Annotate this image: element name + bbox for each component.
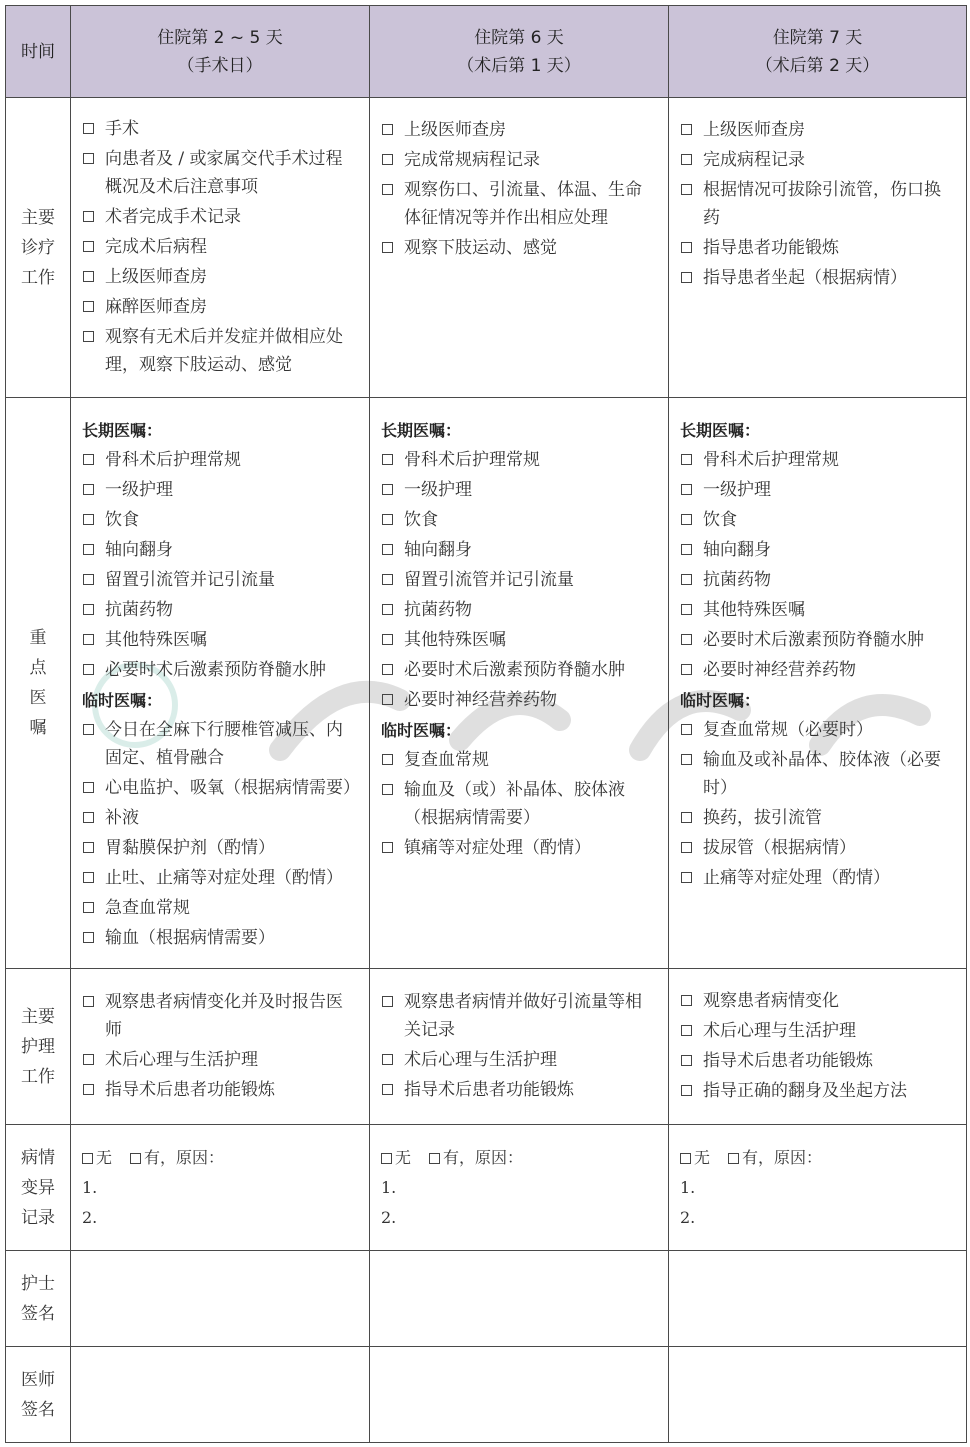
checkbox-icon[interactable] (83, 996, 94, 1007)
variance-none-checkbox[interactable]: 无 (381, 1143, 411, 1173)
checkbox-icon[interactable] (83, 271, 94, 282)
checklist-item[interactable]: 骨科术后护理常规 (381, 446, 658, 474)
checklist-item-label: 麻醉医师查房 (105, 297, 207, 317)
checklist-item-label: 留置引流管并记引流量 (404, 570, 574, 590)
long-term-orders-heading: 长期医嘱： (381, 416, 658, 446)
checklist-item[interactable]: 复查血常规（必要时） (680, 716, 956, 744)
long-term-orders-heading: 长期医嘱： (82, 416, 359, 446)
checkbox-icon[interactable] (382, 514, 393, 525)
checkbox-icon[interactable] (83, 812, 94, 823)
checklist-item[interactable]: 补液 (82, 804, 359, 832)
row-label-key-orders: 重点医嘱 (6, 398, 71, 969)
checklist-item-label: 必要时术后激素预防脊髓水肿 (703, 630, 924, 650)
time-header: 时间 (6, 6, 71, 98)
checklist-item[interactable]: 完成术后病程 (82, 233, 359, 261)
doctor-signature-field-day2-5[interactable] (71, 1347, 370, 1443)
checkbox-icon[interactable] (681, 754, 692, 765)
checklist-item-label: 指导术后患者功能锻炼 (703, 1051, 873, 1071)
checklist-item[interactable]: 其他特殊医嘱 (381, 626, 658, 654)
checklist-item[interactable]: 观察有无术后并发症并做相应处理，观察下肢运动、感觉 (82, 323, 359, 379)
checklist-item-label: 必要时术后激素预防脊髓水肿 (404, 660, 625, 680)
checklist-item[interactable]: 急查血常规 (82, 894, 359, 922)
checklist-item[interactable]: 复查血常规 (381, 746, 658, 774)
column-header-day6: 住院第 6 天（术后第 1 天） (370, 6, 669, 98)
checklist-item-label: 完成术后病程 (105, 237, 207, 257)
checkbox-icon[interactable] (382, 124, 393, 135)
checklist-item-label: 术后心理与生活护理 (105, 1050, 258, 1070)
checkbox-icon[interactable] (681, 124, 692, 135)
checklist-item-label: 轴向翻身 (404, 540, 472, 560)
checklist-item-label: 输血及或补晶体、胶体液（必要时） (703, 750, 941, 798)
checklist-item-label: 抗菌药物 (404, 600, 472, 620)
checkbox-icon[interactable] (83, 724, 94, 735)
checklist-item-label: 胃黏膜保护剂（酌情） (105, 838, 275, 858)
checkbox-icon[interactable] (681, 272, 692, 283)
checklist-item[interactable]: 饮食 (82, 506, 359, 534)
doctor-signature-row: 医师签名 (6, 1347, 967, 1443)
checklist-item-label: 根据情况可拔除引流管，伤口换药 (703, 180, 941, 228)
checkbox-icon[interactable] (382, 996, 393, 1007)
checkbox-icon[interactable] (83, 454, 94, 465)
checklist-item-label: 饮食 (703, 510, 737, 530)
checklist: 复查血常规输血及（或）补晶体、胶体液（根据病情需要）镇痛等对症处理（酌情） (381, 746, 658, 862)
checklist-item[interactable]: 止吐、止痛等对症处理（酌情） (82, 864, 359, 892)
variance-reason-1[interactable]: 1. (381, 1173, 658, 1203)
checklist-item-label: 换药，拔引流管 (703, 808, 822, 828)
checklist-item[interactable]: 指导术后患者功能锻炼 (82, 1076, 359, 1104)
checklist-item[interactable]: 上级医师查房 (381, 116, 658, 144)
checklist-item[interactable]: 换药，拔引流管 (680, 804, 956, 832)
variance-yes-checkbox[interactable]: 有，原因： (130, 1143, 224, 1173)
checkbox-icon[interactable] (83, 932, 94, 943)
checkbox-icon[interactable] (681, 1055, 692, 1066)
column-header-day7: 住院第 7 天（术后第 2 天） (669, 6, 967, 98)
checklist-item[interactable]: 上级医师查房 (82, 263, 359, 291)
checklist-item-label: 留置引流管并记引流量 (105, 570, 275, 590)
checklist-item[interactable]: 指导患者坐起（根据病情） (680, 264, 956, 292)
checklist-item[interactable]: 轴向翻身 (381, 536, 658, 564)
checkbox-icon[interactable] (83, 634, 94, 645)
checkbox-icon[interactable] (681, 514, 692, 525)
checklist: 骨科术后护理常规一级护理饮食轴向翻身留置引流管并记引流量抗菌药物其他特殊医嘱必要… (82, 446, 359, 684)
checklist-item-label: 必要时术后激素预防脊髓水肿 (105, 660, 326, 680)
checklist-item[interactable]: 骨科术后护理常规 (82, 446, 359, 474)
checkbox-icon[interactable] (83, 664, 94, 675)
key-orders-row: 重点医嘱 长期医嘱： 骨科术后护理常规一级护理饮食轴向翻身留置引流管并记引流量抗… (6, 398, 967, 969)
checklist-item-label: 向患者及 / 或家属交代手术过程概况及术后注意事项 (105, 149, 343, 197)
nurse-signature-field-day6[interactable] (370, 1251, 669, 1347)
nurse-signature-row: 护士签名 (6, 1251, 967, 1347)
variance-reason-2[interactable]: 2. (680, 1203, 956, 1233)
checklist-item[interactable]: 观察患者病情并做好引流量等相关记录 (381, 988, 658, 1044)
checkbox-icon[interactable] (681, 634, 692, 645)
checkbox-icon[interactable] (382, 842, 393, 853)
checkbox-icon[interactable] (382, 634, 393, 645)
checkbox-icon[interactable] (83, 484, 94, 495)
checklist-item[interactable]: 今日在全麻下行腰椎管减压、内固定、植骨融合 (82, 716, 359, 772)
checklist-item[interactable]: 指导患者功能锻炼 (680, 234, 956, 262)
checkbox-icon[interactable] (382, 664, 393, 675)
checkbox-icon[interactable] (83, 902, 94, 913)
variance-cell-day2-5: 无有，原因： 1. 2. (71, 1125, 370, 1251)
checklist-item[interactable]: 留置引流管并记引流量 (82, 566, 359, 594)
checklist-item-label: 指导术后患者功能锻炼 (105, 1080, 275, 1100)
checkbox-icon[interactable] (83, 153, 94, 164)
checklist-item-label: 骨科术后护理常规 (404, 450, 540, 470)
checkbox-icon[interactable] (83, 1084, 94, 1095)
row-label-nursing-work: 主要护理工作 (6, 969, 71, 1125)
checklist: 上级医师查房完成常规病程记录观察伤口、引流量、体温、生命体征情况等并作出相应处理… (381, 116, 658, 262)
checklist-item-label: 止痛等对症处理（酌情） (703, 868, 890, 888)
checklist: 骨科术后护理常规一级护理饮食轴向翻身留置引流管并记引流量抗菌药物其他特殊医嘱必要… (381, 446, 658, 714)
checklist-item-label: 骨科术后护理常规 (105, 450, 241, 470)
checkbox-icon[interactable] (382, 1084, 393, 1095)
checklist-item[interactable]: 麻醉医师查房 (82, 293, 359, 321)
checkbox-icon[interactable] (681, 995, 692, 1006)
checklist: 观察患者病情变化并及时报告医师术后心理与生活护理指导术后患者功能锻炼 (82, 988, 359, 1104)
checklist-item[interactable]: 完成病程记录 (680, 146, 956, 174)
checklist-item[interactable]: 根据情况可拔除引流管，伤口换药 (680, 176, 956, 232)
checkbox-icon[interactable] (382, 784, 393, 795)
variance-none-checkbox[interactable]: 无 (82, 1143, 112, 1173)
checkbox-icon[interactable] (382, 604, 393, 615)
checklist-item-label: 指导正确的翻身及坐起方法 (703, 1081, 907, 1101)
checkbox-icon[interactable] (83, 211, 94, 222)
checkbox-icon[interactable] (83, 301, 94, 312)
checklist-item[interactable]: 完成常规病程记录 (381, 146, 658, 174)
checklist-item[interactable]: 手术 (82, 115, 359, 143)
checklist-item[interactable]: 一级护理 (82, 476, 359, 504)
variance-none-checkbox[interactable]: 无 (680, 1143, 710, 1173)
checklist-item[interactable]: 抗菌药物 (680, 566, 956, 594)
checklist-item-label: 补液 (105, 808, 139, 828)
checklist-item[interactable]: 饮食 (680, 506, 956, 534)
checkbox-icon[interactable] (681, 454, 692, 465)
checklist: 观察患者病情变化术后心理与生活护理指导术后患者功能锻炼指导正确的翻身及坐起方法 (680, 987, 956, 1105)
checklist-item-label: 必要时神经营养药物 (404, 690, 557, 710)
checklist-item-label: 心电监护、吸氧（根据病情需要） (105, 778, 360, 798)
checklist-item[interactable]: 其他特殊医嘱 (680, 596, 956, 624)
checklist-item[interactable]: 上级医师查房 (680, 116, 956, 144)
checklist-item[interactable]: 必要时神经营养药物 (680, 656, 956, 684)
checklist-item[interactable]: 镇痛等对症处理（酌情） (381, 834, 658, 862)
variance-yes-checkbox[interactable]: 有，原因： (728, 1143, 822, 1173)
checklist-item[interactable]: 其他特殊医嘱 (82, 626, 359, 654)
checklist-item[interactable]: 输血及（或）补晶体、胶体液（根据病情需要） (381, 776, 658, 832)
checkbox-icon[interactable] (382, 574, 393, 585)
checklist-item[interactable]: 必要时神经营养药物 (381, 686, 658, 714)
checklist-item[interactable]: 输血及或补晶体、胶体液（必要时） (680, 746, 956, 802)
checklist-item[interactable]: 输血（根据病情需要） (82, 924, 359, 952)
checklist-item-label: 术者完成手术记录 (105, 207, 241, 227)
checkbox-icon[interactable] (681, 604, 692, 615)
checklist-item[interactable]: 观察患者病情变化并及时报告医师 (82, 988, 359, 1044)
checklist-item-label: 上级医师查房 (703, 120, 805, 140)
checklist-item[interactable]: 术者完成手术记录 (82, 203, 359, 231)
checklist-item[interactable]: 拔尿管（根据病情） (680, 834, 956, 862)
checklist-item-label: 完成常规病程记录 (404, 150, 540, 170)
checklist-item[interactable]: 抗菌药物 (381, 596, 658, 624)
checklist-item-label: 急查血常规 (105, 898, 190, 918)
variance-cell-day7: 无有，原因： 1. 2. (669, 1125, 967, 1251)
checklist-item-label: 复查血常规（必要时） (703, 720, 873, 740)
checkbox-icon[interactable] (83, 514, 94, 525)
checkbox-icon[interactable] (83, 123, 94, 134)
checklist-item-label: 上级医师查房 (404, 120, 506, 140)
checkbox-icon[interactable] (83, 872, 94, 883)
checklist-item-label: 拔尿管（根据病情） (703, 838, 856, 858)
variance-reason-1[interactable]: 1. (82, 1173, 359, 1203)
checklist-item[interactable]: 向患者及 / 或家属交代手术过程概况及术后注意事项 (82, 145, 359, 201)
checklist-item[interactable]: 观察患者病情变化 (680, 987, 956, 1015)
row-label-main-work: 主要诊疗工作 (6, 98, 71, 398)
checklist-item[interactable]: 术后心理与生活护理 (381, 1046, 658, 1074)
nursing-work-row: 主要护理工作 观察患者病情变化并及时报告医师术后心理与生活护理指导术后患者功能锻… (6, 969, 967, 1125)
temporary-orders-heading: 临时医嘱： (381, 716, 658, 746)
checklist-item-label: 术后心理与生活护理 (404, 1050, 557, 1070)
checkbox-icon[interactable] (382, 154, 393, 165)
variance-reason-2[interactable]: 2. (381, 1203, 658, 1233)
checklist-item-label: 上级医师查房 (105, 267, 207, 287)
checkbox-icon[interactable] (681, 574, 692, 585)
checklist-item-label: 其他特殊医嘱 (703, 600, 805, 620)
checklist: 上级医师查房完成病程记录根据情况可拔除引流管，伤口换药指导患者功能锻炼指导患者坐… (680, 116, 956, 292)
checkbox-icon[interactable] (83, 842, 94, 853)
checklist-item-label: 轴向翻身 (703, 540, 771, 560)
checkbox-icon[interactable] (681, 842, 692, 853)
checklist-item[interactable]: 留置引流管并记引流量 (381, 566, 658, 594)
checklist-item-label: 手术 (105, 119, 139, 139)
variance-reason-2[interactable]: 2. (82, 1203, 359, 1233)
checklist-item-label: 输血（根据病情需要） (105, 928, 275, 948)
checklist-item[interactable]: 止痛等对症处理（酌情） (680, 864, 956, 892)
checklist: 骨科术后护理常规一级护理饮食轴向翻身抗菌药物其他特殊医嘱必要时术后激素预防脊髓水… (680, 446, 956, 684)
checklist-item-label: 观察患者病情变化 (703, 991, 839, 1011)
nurse-signature-field-day2-5[interactable] (71, 1251, 370, 1347)
clinical-pathway-table: 时间 住院第 2 ~ 5 天（手术日） 住院第 6 天（术后第 1 天） 住院第… (5, 5, 967, 1443)
checkbox-icon[interactable] (83, 1054, 94, 1065)
checklist: 手术向患者及 / 或家属交代手术过程概况及术后注意事项术者完成手术记录完成术后病… (82, 115, 359, 379)
checklist-item[interactable]: 轴向翻身 (82, 536, 359, 564)
variance-yes-checkbox[interactable]: 有，原因： (429, 1143, 523, 1173)
checklist-item-label: 观察伤口、引流量、体温、生命体征情况等并作出相应处理 (404, 180, 642, 228)
checklist-item[interactable]: 必要时术后激素预防脊髓水肿 (680, 626, 956, 654)
checklist-item-label: 抗菌药物 (105, 600, 173, 620)
main-work-row: 主要诊疗工作 手术向患者及 / 或家属交代手术过程概况及术后注意事项术者完成手术… (6, 98, 967, 398)
checklist-item[interactable]: 饮食 (381, 506, 658, 534)
checklist-item-label: 复查血常规 (404, 750, 489, 770)
checklist-item-label: 其他特殊医嘱 (404, 630, 506, 650)
checkbox-icon[interactable] (681, 544, 692, 555)
row-label-nurse-signature: 护士签名 (6, 1251, 71, 1347)
checklist-item-label: 指导术后患者功能锻炼 (404, 1080, 574, 1100)
variance-cell-day6: 无有，原因： 1. 2. (370, 1125, 669, 1251)
header-row: 时间 住院第 2 ~ 5 天（手术日） 住院第 6 天（术后第 1 天） 住院第… (6, 6, 967, 98)
checkbox-icon[interactable] (382, 184, 393, 195)
checkbox-icon[interactable] (681, 242, 692, 253)
checklist: 今日在全麻下行腰椎管减压、内固定、植骨融合心电监护、吸氧（根据病情需要）补液胃黏… (82, 716, 359, 952)
checklist: 观察患者病情并做好引流量等相关记录术后心理与生活护理指导术后患者功能锻炼 (381, 988, 658, 1104)
checkbox-icon[interactable] (681, 872, 692, 883)
checkbox-icon[interactable] (382, 454, 393, 465)
checkbox-icon[interactable] (83, 331, 94, 342)
checkbox-icon[interactable] (681, 154, 692, 165)
checklist-item-label: 饮食 (404, 510, 438, 530)
checklist-item-label: 一级护理 (404, 480, 472, 500)
row-label-doctor-signature: 医师签名 (6, 1347, 71, 1443)
row-label-variance: 病情变异记录 (6, 1125, 71, 1251)
checklist-item[interactable]: 一级护理 (381, 476, 658, 504)
checklist-item-label: 一级护理 (703, 480, 771, 500)
checklist-item[interactable]: 轴向翻身 (680, 536, 956, 564)
checklist-item-label: 观察下肢运动、感觉 (404, 238, 557, 258)
temporary-orders-heading: 临时医嘱： (680, 686, 956, 716)
checklist-item-label: 观察有无术后并发症并做相应处理，观察下肢运动、感觉 (105, 327, 343, 375)
checkbox-icon[interactable] (382, 544, 393, 555)
checklist-item[interactable]: 指导术后患者功能锻炼 (381, 1076, 658, 1104)
checklist-item-label: 轴向翻身 (105, 540, 173, 560)
checkbox-icon[interactable] (382, 1054, 393, 1065)
checklist-item-label: 其他特殊医嘱 (105, 630, 207, 650)
checklist-item-label: 观察患者病情变化并及时报告医师 (105, 992, 343, 1040)
checklist-item-label: 观察患者病情并做好引流量等相关记录 (404, 992, 642, 1040)
checklist-item-label: 必要时神经营养药物 (703, 660, 856, 680)
checklist-item[interactable]: 术后心理与生活护理 (82, 1046, 359, 1074)
checkbox-icon[interactable] (83, 782, 94, 793)
checkbox-icon[interactable] (681, 184, 692, 195)
checkbox-icon[interactable] (681, 812, 692, 823)
checklist-item-label: 止吐、止痛等对症处理（酌情） (105, 868, 343, 888)
checklist-item[interactable]: 抗菌药物 (82, 596, 359, 624)
checkbox-icon[interactable] (681, 484, 692, 495)
long-term-orders-heading: 长期医嘱： (680, 416, 956, 446)
checkbox-icon[interactable] (83, 544, 94, 555)
checkbox-icon[interactable] (382, 754, 393, 765)
variance-reason-1[interactable]: 1. (680, 1173, 956, 1203)
checklist-item[interactable]: 观察伤口、引流量、体温、生命体征情况等并作出相应处理 (381, 176, 658, 232)
checklist: 复查血常规（必要时）输血及或补晶体、胶体液（必要时）换药，拔引流管拔尿管（根据病… (680, 716, 956, 892)
variance-row: 病情变异记录 无有，原因： 1. 2. 无有，原因： 1. 2. 无有，原因： … (6, 1125, 967, 1251)
temporary-orders-heading: 临时医嘱： (82, 686, 359, 716)
checkbox-icon[interactable] (83, 574, 94, 585)
checklist-item-label: 指导患者功能锻炼 (703, 238, 839, 258)
doctor-signature-field-day7[interactable] (669, 1347, 967, 1443)
checkbox-icon[interactable] (382, 242, 393, 253)
checklist-item[interactable]: 术后心理与生活护理 (680, 1017, 956, 1045)
doctor-signature-field-day6[interactable] (370, 1347, 669, 1443)
checkbox-icon[interactable] (83, 241, 94, 252)
checkbox-icon[interactable] (83, 604, 94, 615)
checklist-item[interactable]: 指导术后患者功能锻炼 (680, 1047, 956, 1075)
checklist-item[interactable]: 必要时术后激素预防脊髓水肿 (381, 656, 658, 684)
checkbox-icon[interactable] (681, 1085, 692, 1096)
checkbox-icon[interactable] (382, 484, 393, 495)
checklist-item[interactable]: 骨科术后护理常规 (680, 446, 956, 474)
checkbox-icon[interactable] (681, 724, 692, 735)
checklist-item[interactable]: 一级护理 (680, 476, 956, 504)
checkbox-icon[interactable] (681, 664, 692, 675)
checklist-item-label: 抗菌药物 (703, 570, 771, 590)
checklist-item-label: 指导患者坐起（根据病情） (703, 268, 907, 288)
checklist-item-label: 镇痛等对症处理（酌情） (404, 838, 591, 858)
checklist-item[interactable]: 胃黏膜保护剂（酌情） (82, 834, 359, 862)
checklist-item-label: 今日在全麻下行腰椎管减压、内固定、植骨融合 (105, 720, 343, 768)
column-header-day2-5: 住院第 2 ~ 5 天（手术日） (71, 6, 370, 98)
checkbox-icon[interactable] (681, 1025, 692, 1036)
checklist-item[interactable]: 指导正确的翻身及坐起方法 (680, 1077, 956, 1105)
checklist-item-label: 一级护理 (105, 480, 173, 500)
checklist-item[interactable]: 心电监护、吸氧（根据病情需要） (82, 774, 359, 802)
checklist-item-label: 术后心理与生活护理 (703, 1021, 856, 1041)
checklist-item-label: 完成病程记录 (703, 150, 805, 170)
checklist-item-label: 饮食 (105, 510, 139, 530)
nurse-signature-field-day7[interactable] (669, 1251, 967, 1347)
checkbox-icon[interactable] (382, 694, 393, 705)
checklist-item-label: 输血及（或）补晶体、胶体液（根据病情需要） (404, 780, 625, 828)
checklist-item[interactable]: 必要时术后激素预防脊髓水肿 (82, 656, 359, 684)
checklist-item[interactable]: 观察下肢运动、感觉 (381, 234, 658, 262)
checklist-item-label: 骨科术后护理常规 (703, 450, 839, 470)
